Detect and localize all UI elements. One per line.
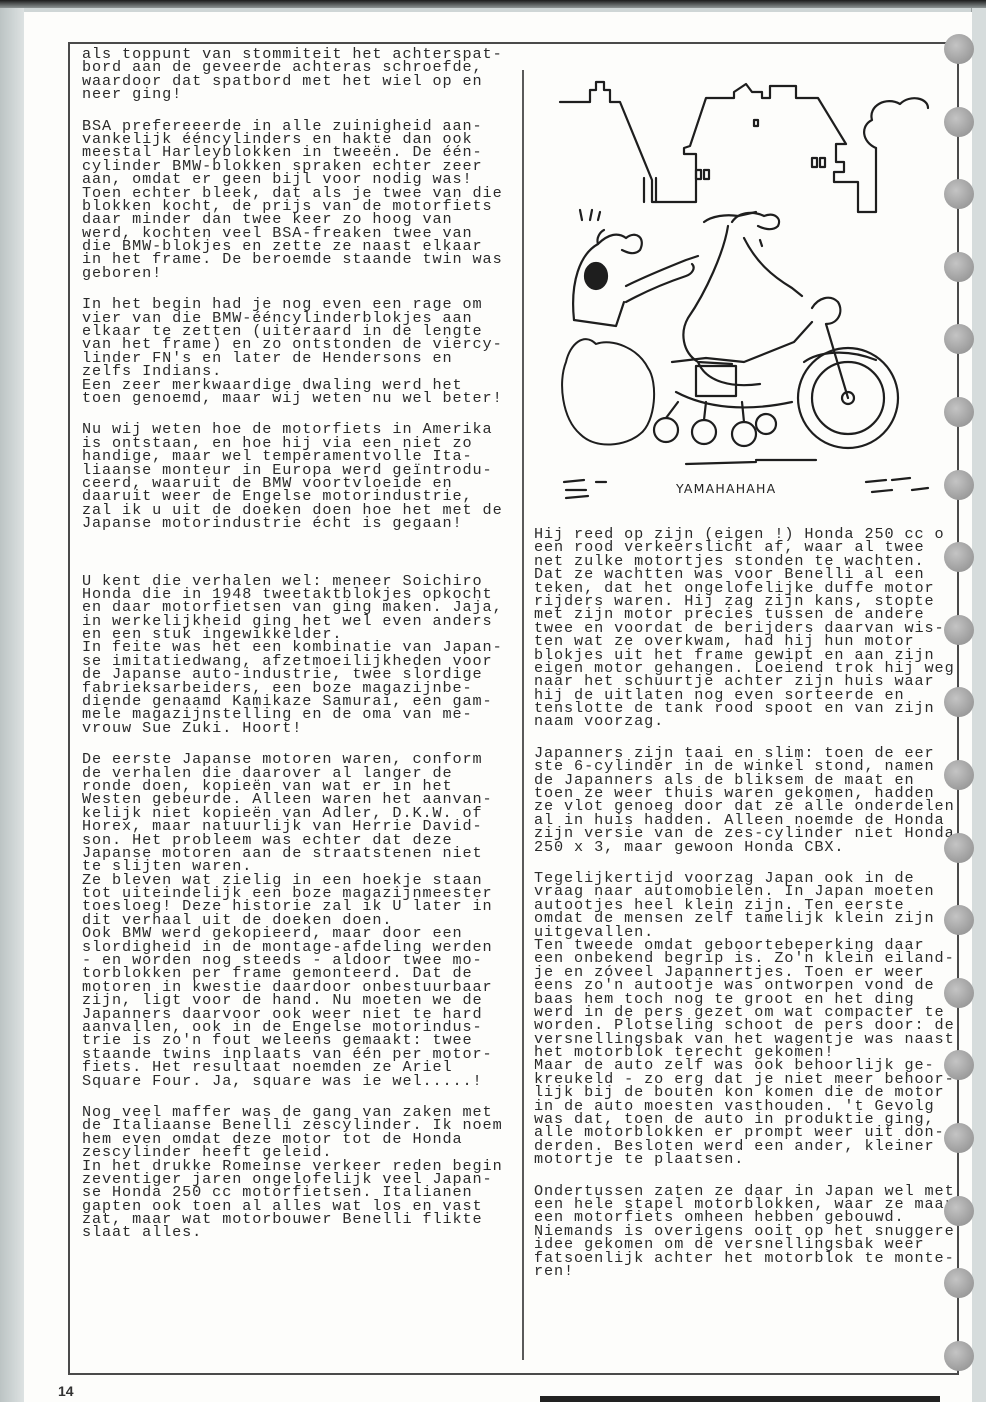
paragraph: Japanners zijn taai en slim: toen de eer…: [534, 747, 964, 854]
scan-top-edge: [0, 0, 986, 8]
text-line: naam voorzag.: [534, 715, 964, 728]
binder-hole-icon: [944, 179, 974, 209]
text-line: slaat alles.: [82, 1226, 512, 1239]
paragraph: als toppunt van stommiteit het achterspa…: [82, 48, 512, 102]
text-line: 250 x 3, maar gewoon Honda CBX.: [534, 841, 964, 854]
page-number: 14: [58, 1383, 74, 1399]
text-line: geboren!: [82, 267, 512, 280]
extra-wheels-icon: [654, 402, 776, 446]
paragraph: In het begin had je nog even een rage om…: [82, 298, 512, 405]
cartoon-illustration: [556, 62, 936, 502]
binder-hole-icon: [944, 905, 974, 935]
paragraph: Hij reed op zijn (eigen !) Honda 250 cc …: [534, 528, 964, 729]
text-line: fatsoenlijk achter het motorblok te mont…: [534, 1252, 964, 1265]
binder-hole-icon: [944, 470, 974, 500]
house-center-icon: [656, 84, 876, 212]
cartoon-caption: YAMAHAHAHA: [676, 481, 776, 496]
binder-hole-icon: [944, 1268, 974, 1298]
bush-icon: [562, 339, 654, 444]
binder-hole-icon: [944, 1341, 974, 1371]
text-line: neer ging!: [82, 88, 512, 101]
binder-hole-icon: [944, 252, 974, 282]
right-text-column: Hij reed op zijn (eigen !) Honda 250 cc …: [534, 528, 964, 1296]
binder-hole-icon: [944, 760, 974, 790]
tree-icon: [864, 98, 928, 148]
column-divider: [522, 70, 524, 1360]
text-line: vrouw Sue Zuki. Hoort!: [82, 722, 512, 735]
left-text-column: als toppunt van stommiteit het achterspa…: [82, 48, 512, 1258]
onlooker-figure-icon: [573, 230, 698, 326]
text-line: toen genoemd, maar wij weten nu wel bete…: [82, 392, 512, 405]
paragraph: U kent die verhalen wel: meneer Soichiro…: [82, 575, 512, 736]
paragraph: Tegelijkertijd voorzag Japan ook in devr…: [534, 872, 964, 1167]
binder-hole-icon: [944, 978, 974, 1008]
paragraph: De eerste Japanse motoren waren, conform…: [82, 753, 512, 1088]
binder-hole-icon: [944, 542, 974, 572]
text-line: ren!: [534, 1265, 964, 1278]
binder-hole-icon: [944, 397, 974, 427]
paragraph: Nog veel maffer was de gang van zaken me…: [82, 1106, 512, 1240]
text-line: Square Four. Ja, square was ie wel.....!: [82, 1075, 512, 1088]
binder-hole-icon: [944, 833, 974, 863]
binder-hole-icon: [944, 1196, 974, 1226]
scan-left-margin: [0, 8, 24, 1402]
binder-hole-icon: [944, 1123, 974, 1153]
house-left-icon: [560, 82, 656, 202]
paragraph: BSA prefereeerde in alle zuinigheid aan-…: [82, 120, 512, 281]
text-line: Japanse motorindustrie écht is gegaan!: [82, 517, 512, 530]
paragraph: Nu wij weten hoe de motorfiets in Amerik…: [82, 423, 512, 530]
text-line: motortje te plaatsen.: [534, 1153, 964, 1166]
binder-hole-icon: [944, 615, 974, 645]
binder-hole-icon: [944, 34, 974, 64]
paragraph: Ondertussen zaten ze daar in Japan wel m…: [534, 1185, 964, 1279]
binder-hole-icon: [944, 107, 974, 137]
scan-bottom-edge: [540, 1396, 940, 1402]
